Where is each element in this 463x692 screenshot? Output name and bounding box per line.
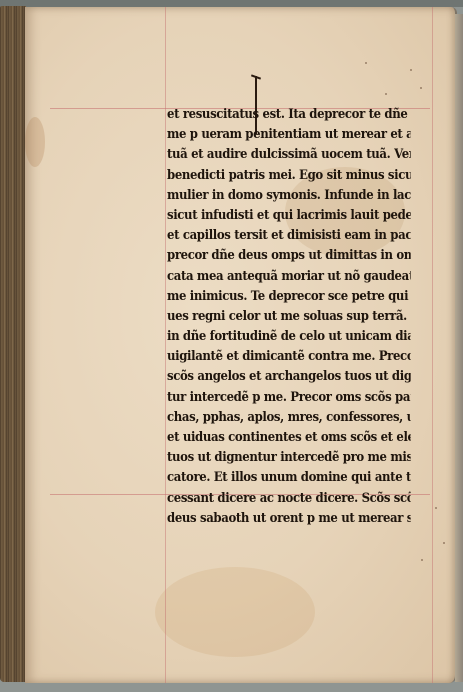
text-line: me p ueram penitentiam ut merear et ad d…	[167, 124, 411, 144]
text-line: benedicti patris mei. Ego sit minus sicu…	[167, 165, 411, 185]
foxing-spot	[421, 559, 423, 561]
stain	[25, 117, 45, 167]
text-line: chas, pphas, aplos, mres, confessores, u…	[167, 407, 411, 427]
text-line: tuos ut dignentur intercedẽ pro me miser…	[167, 447, 411, 467]
foxing-spot	[420, 87, 422, 89]
text-line: et resuscitatus est. Ita deprecor te dñe…	[167, 104, 411, 124]
text-line: me inimicus. Te deprecor sce petre qui t…	[167, 286, 411, 306]
text-line: ues regni celor ut me soluas sup terrã. …	[167, 306, 411, 326]
foxing-spot	[435, 507, 437, 509]
text-line: et uiduas continentes et oms scõs et ele…	[167, 427, 411, 447]
text-line: mulier in domo symonis. Infunde in lacri…	[167, 185, 411, 205]
text-line: deus sabaoth ut orent p me ut merear suc…	[167, 508, 411, 528]
text-line: cessant dicere ac nocte dicere. Scõs scõ…	[167, 488, 411, 508]
foxing-spot	[365, 62, 367, 64]
right-page-edge	[455, 14, 463, 682]
ruling-line-right	[432, 7, 433, 683]
text-line: tuã et audire dulcissimã uocem tuã. Veni…	[167, 144, 411, 164]
text-line: cata mea antequã moriar ut nõ gaudeat de	[167, 266, 411, 286]
text-line: sicut infudisti et qui lacrimis lauit pe…	[167, 205, 411, 225]
ruling-line-left	[165, 7, 166, 683]
foxing-spot	[443, 542, 445, 544]
text-line: precor dñe deus omps ut dimittas in omni…	[167, 245, 411, 265]
text-line: et capillos tersit et dimisisti eam in p…	[167, 225, 411, 245]
text-line: uigilantẽ et dimicantẽ contra me. Precor…	[167, 346, 411, 366]
text-column: et resuscitatus est. Ita deprecor te dñe…	[167, 104, 429, 528]
text-line: catore. Et illos unum domine qui ante te…	[167, 467, 411, 487]
page-edges-stack	[0, 6, 26, 682]
text-line: scõs angelos et archangelos tuos ut dign…	[167, 366, 411, 386]
stain	[155, 567, 315, 657]
text-line: tur intercedẽ p me. Precor oms scõs patr…	[167, 387, 411, 407]
foxing-spot	[410, 69, 412, 71]
scan-background-top	[0, 0, 463, 7]
foxing-spot	[385, 93, 387, 95]
scan-background-bottom	[0, 683, 463, 692]
text-line: in dñe fortitudinẽ de celo ut unicam dia…	[167, 326, 411, 346]
